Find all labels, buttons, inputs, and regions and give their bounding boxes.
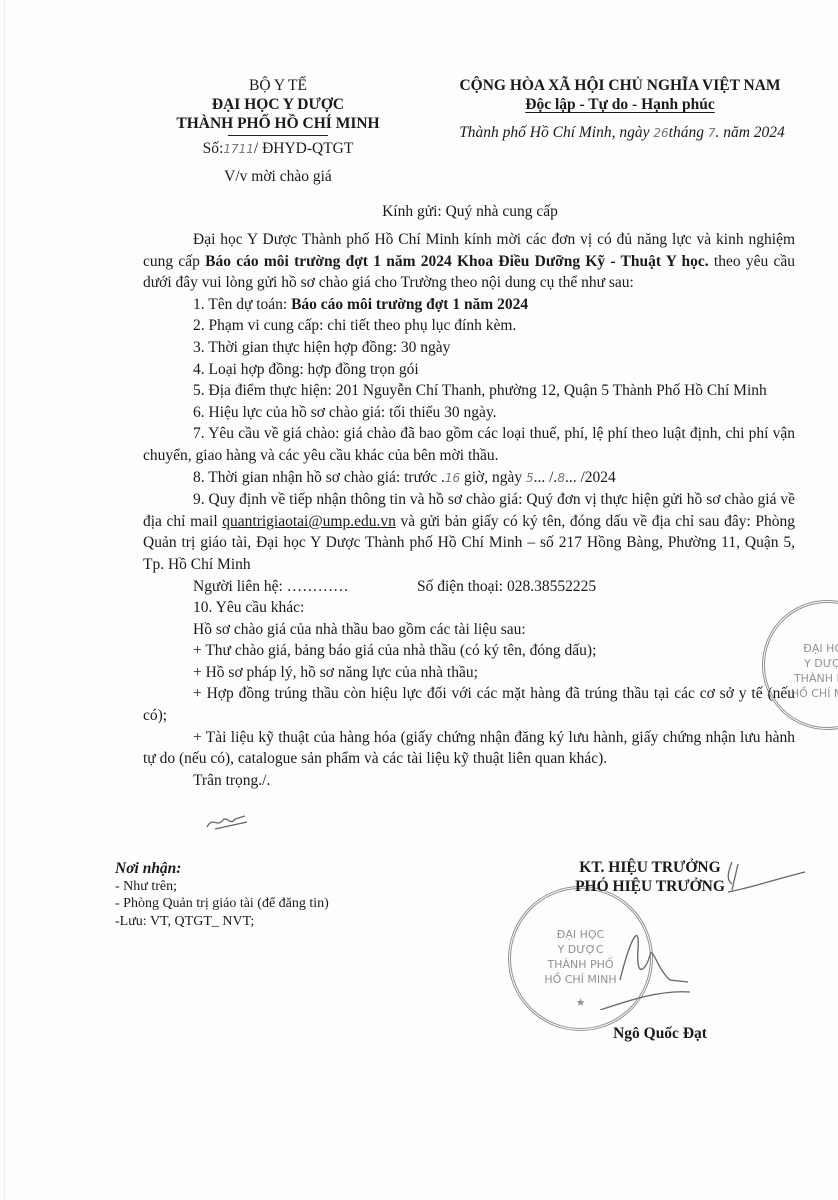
item-1: 1. Tên dự toán: Báo cáo môi trường đợt 1… bbox=[143, 294, 795, 316]
issuer-header: BỘ Y TẾ ĐẠI HỌC Y DƯỢC THÀNH PHỐ HỒ CHÍ … bbox=[150, 76, 406, 186]
initial-mark-icon bbox=[205, 812, 250, 832]
university-name-line1: ĐẠI HỌC Y DƯỢC bbox=[150, 95, 406, 114]
recipients-title: Nơi nhận: bbox=[115, 860, 329, 878]
header-rule bbox=[228, 135, 328, 136]
item-8: 8. Thời gian nhận hồ sơ chào giá: trước … bbox=[143, 467, 795, 490]
handwritten-day: 26 bbox=[653, 126, 668, 140]
national-header: CỘNG HÒA XÃ HỘI CHỦ NGHĨA VIỆT NAM Độc l… bbox=[430, 76, 810, 114]
item-10-intro: Hồ sơ chào giá của nhà thầu bao gồm các … bbox=[143, 619, 795, 641]
item-9: 9. Quy định về tiếp nhận thông tin và hồ… bbox=[143, 489, 795, 575]
intro-paragraph: Đại học Y Dược Thành phố Hồ Chí Minh kín… bbox=[143, 229, 795, 294]
handwritten-deadline-month: 8 bbox=[557, 471, 565, 485]
item-6: 6. Hiệu lực của hồ sơ chào giá: tối thiể… bbox=[143, 402, 795, 424]
contact-row: Người liên hệ: ………… Số điện thoại: 028.3… bbox=[143, 576, 795, 598]
contact-person: Người liên hệ: ………… bbox=[143, 576, 417, 598]
recipient-line: - Như trên; bbox=[115, 878, 329, 896]
contact-email-link[interactable]: quantrigiaotai@ump.edu.vn bbox=[222, 513, 396, 530]
salutation: Kính gửi: Quý nhà cung cấp bbox=[140, 203, 800, 221]
national-motto: Độc lập - Tự do - Hạnh phúc bbox=[430, 95, 810, 114]
closing: Trân trọng./. bbox=[143, 770, 795, 792]
document-subject: V/v mời chào giá bbox=[150, 167, 406, 186]
handwritten-hour: 16 bbox=[445, 471, 460, 485]
recipients-block: Nơi nhận: - Như trên; - Phòng Quản trị g… bbox=[115, 860, 329, 930]
item-3: 3. Thời gian thực hiện hợp đồng: 30 ngày bbox=[143, 337, 795, 359]
university-name-line2: THÀNH PHỐ HỒ CHÍ MINH bbox=[150, 114, 406, 133]
item-4: 4. Loại hợp đồng: hợp đồng trọn gói bbox=[143, 359, 795, 381]
page-edge bbox=[4, 0, 5, 1200]
recipient-line: - Phòng Quản trị giáo tài (để đăng tin) bbox=[115, 895, 329, 913]
recipient-line: -Lưu: VT, QTGT_ NVT; bbox=[115, 913, 329, 931]
required-doc-3: + Hợp đồng trúng thầu còn hiệu lực đối v… bbox=[143, 683, 795, 726]
country-name: CỘNG HÒA XÃ HỘI CHỦ NGHĨA VIỆT NAM bbox=[430, 76, 810, 95]
signer-name: Ngô Quốc Đạt bbox=[560, 1025, 760, 1043]
handwritten-deadline-day: 5 bbox=[526, 471, 534, 485]
item-2: 2. Phạm vi cung cấp: chi tiết theo phụ l… bbox=[143, 315, 795, 337]
item-7: 7. Yêu cầu về giá chào: giá chào đã bao … bbox=[143, 423, 795, 466]
ministry-name: BỘ Y TẾ bbox=[150, 76, 406, 95]
signature-scribble-icon bbox=[600, 860, 810, 1010]
document-date: Thành phố Hồ Chí Minh, ngày 26tháng 7. n… bbox=[432, 124, 812, 142]
required-doc-4: + Tài liệu kỹ thuật của hàng hóa (giấy c… bbox=[143, 727, 795, 770]
contact-phone: Số điện thoại: 028.38552225 bbox=[417, 576, 596, 598]
item-5: 5. Địa điểm thực hiện: 201 Nguyễn Chí Th… bbox=[143, 380, 795, 402]
required-doc-1: + Thư chào giá, bảng báo giá của nhà thầ… bbox=[143, 640, 795, 662]
letter-body: Đại học Y Dược Thành phố Hồ Chí Minh kín… bbox=[143, 229, 795, 791]
handwritten-number: 1711 bbox=[223, 142, 254, 156]
required-doc-2: + Hồ sơ pháp lý, hồ sơ năng lực của nhà … bbox=[143, 662, 795, 684]
document-number: Số:1711/ ĐHYD-QTGT bbox=[150, 139, 406, 159]
item-10: 10. Yêu cầu khác: bbox=[143, 597, 795, 619]
